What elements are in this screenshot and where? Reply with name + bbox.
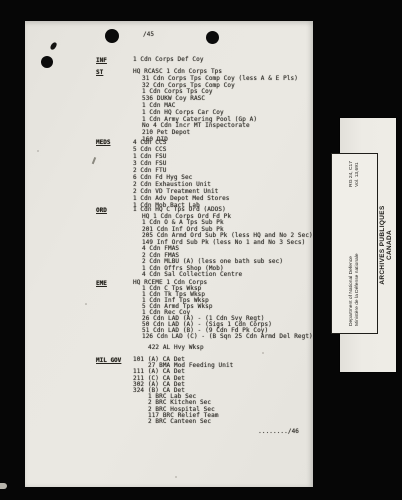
doc-line: 422 AL Hvy Wksp [148,345,331,351]
doc-section-mil-gov: MIL GOV 101 (A) CA Det 27 BMA Mod Feedin… [96,357,331,425]
archives-line-country: CANADA [386,118,393,372]
doc-line: 1 Cdn FSU [133,153,331,160]
doc-line: 126 Cdn LAD (C) - (B Sqn 25 Cdn Armd Del… [142,334,331,340]
doc-line: 2 Cdn FTU [133,167,331,174]
doc-line: 3 Cdn FSU [133,160,331,167]
vol-reference: Vol. 13,691 [355,161,361,187]
doc-line: 210 Pet Depot [142,130,331,137]
doc-section-st: ST HQ RCASC 1 Cdn Corps Tps 31 Cdn Corps… [96,69,331,144]
doc-line: 4 Cdn Sal Collection Centre [142,272,331,279]
paper-speck [262,352,264,354]
page-number-top: /45 [143,31,154,38]
film-edge-mark [0,483,7,489]
section-header-st: ST [96,69,103,76]
department-reference-card: Department of National Defence Ministère… [331,153,378,334]
doc-line: 2 BRC Canteen Sec [148,419,331,425]
section-header-eme: EME [96,280,107,287]
doc-section-meds: MEDS 4 Cdn CCS 5 Cdn CCS 1 Cdn FSU 3 Cdn… [96,139,331,209]
paper-speck [37,150,39,152]
section-header-meds: MEDS [96,139,110,146]
doc-line: 1 Cdn Adv Depot Med Stores [133,195,331,202]
doc-line: 6 Cdn Fd Hyg Sec [133,174,331,181]
ink-blot [41,56,53,68]
doc-line: 5 Cdn CCS [133,146,331,153]
department-name-block: Department of National Defence Ministère… [349,253,361,326]
doc-line: 2 Cdn VD Treatment Unit [133,188,331,195]
doc-section-eme: EME HQ RCEME 1 Cdn Corps 1 Cdn C Tps Wks… [96,280,331,351]
punch-hole [206,31,219,44]
section-header-mil-gov: MIL GOV [96,357,121,364]
paper-speck [85,303,87,305]
section-header-ord: ORD [96,207,107,214]
department-name-fr: Ministère de la Défense nationale [355,253,361,326]
punch-hole [105,29,119,43]
doc-section-inf: INF 1 Cdn Corps Def Coy [96,57,331,64]
department-name-en: Department of National Defence [349,253,355,326]
page-number-bottom: ......../46 [258,428,299,435]
doc-line: 2 Cdn Exhaustion Unit [133,181,331,188]
rg-reference: RG 24, C17 [349,161,355,187]
doc-section-ord: ORD 1 Cdn HQ C Tps Ord (ADOS) HQ 1 Cdn C… [96,207,331,279]
archives-line-fr: ARCHIVES PUBLIQUES [379,118,386,372]
reference-number-block: RG 24, C17 Vol. 13,691 [349,161,361,187]
doc-line: 1 Cdn Corps Def Coy [133,57,331,64]
doc-line: 4 Cdn CCS [133,139,331,146]
section-header-inf: INF [96,57,107,64]
paper-speck [175,476,177,478]
document-page: /45 INF 1 Cdn Corps Def Coy ST HQ RCASC … [25,21,313,487]
microfilm-scan: /45 INF 1 Cdn Corps Def Coy ST HQ RCASC … [0,0,402,500]
